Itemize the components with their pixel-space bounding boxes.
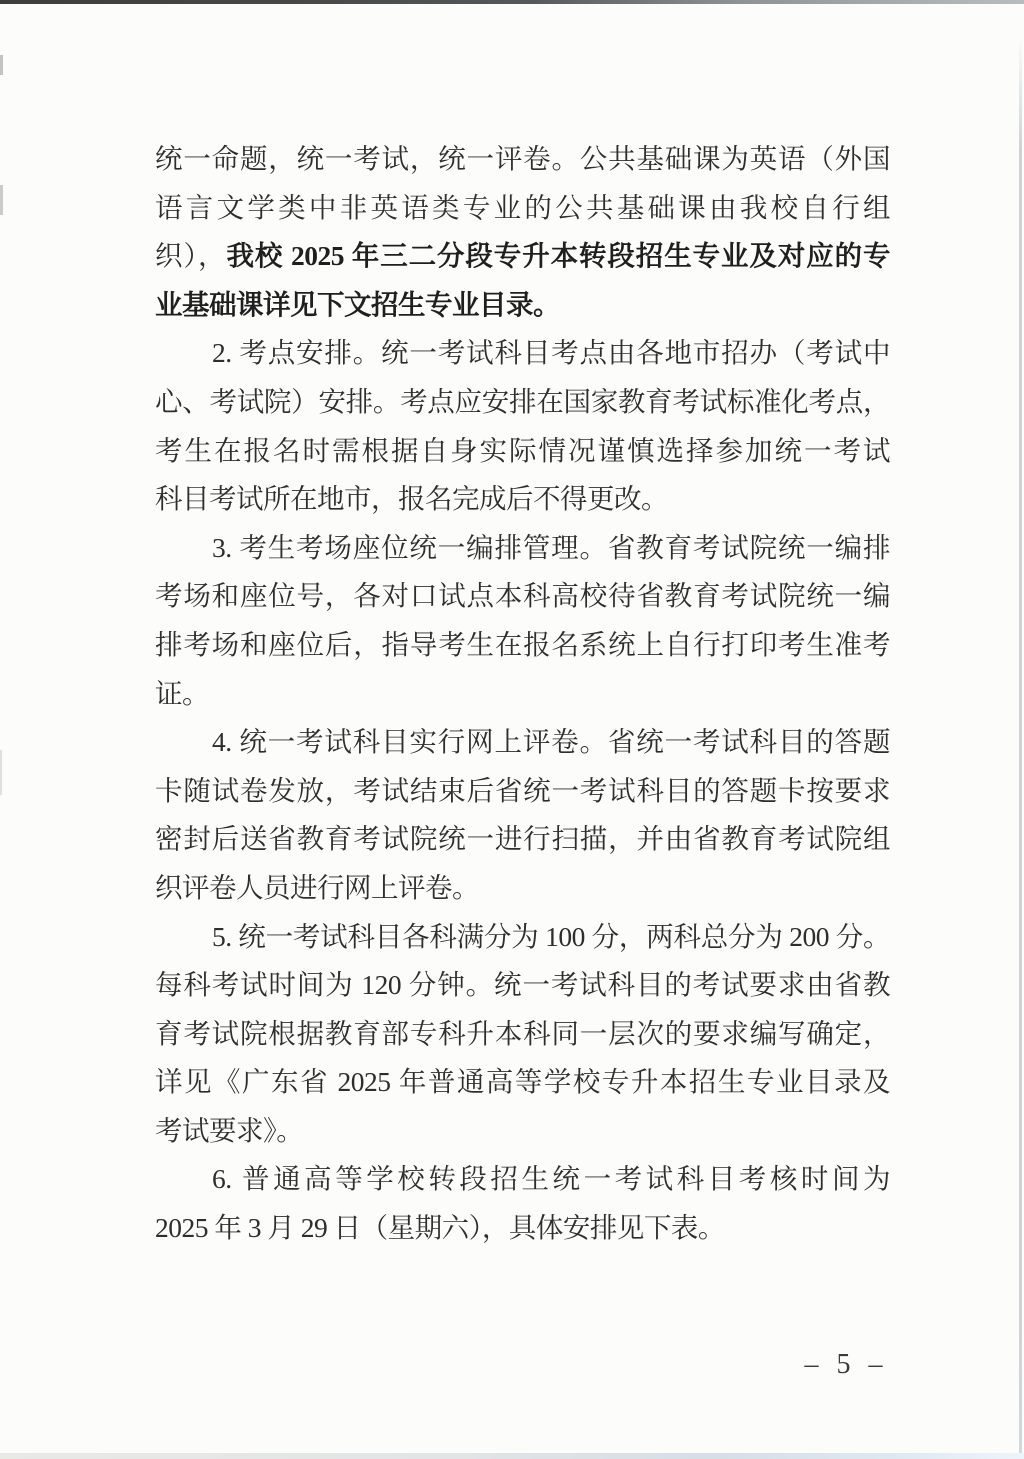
text-segment: 详见《广东省 2025 年普通高等学校专升本招生专业目录及 bbox=[155, 1066, 890, 1097]
text-line: 织），我校 2025 年三二分段专升本转段招生专业及对应的专 bbox=[155, 232, 890, 281]
text-segment: 6. 普通高等学校转段招生统一考试科目考核时间为 bbox=[212, 1163, 890, 1194]
text-line: 考生在报名时需根据自身实际情况谨慎选择参加统一考试 bbox=[155, 427, 890, 476]
text-line: 考场和座位号，各对口试点本科高校待省教育考试院统一编 bbox=[155, 572, 890, 621]
text-segment: 5. 统一考试科目各科满分为 100 分，两科总分为 200 分。 bbox=[212, 921, 890, 952]
scan-artifact-left-mark bbox=[0, 185, 3, 215]
text-line: 考试要求》。 bbox=[155, 1107, 890, 1156]
text-segment: 育考试院根据教育部专科升本科同一层次的要求编写确定， bbox=[155, 1018, 890, 1049]
text-segment: 考试要求》。 bbox=[155, 1115, 303, 1146]
text-line: 语言文学类中非英语类专业的公共基础课由我校自行组 bbox=[155, 184, 890, 233]
scan-artifact-left-mark bbox=[0, 55, 3, 75]
scan-artifact-bottom-edge bbox=[0, 1453, 1024, 1459]
paragraph: 2. 考点安排。统一考试科目考点由各地市招办（考试中心、考试院）安排。考点应安排… bbox=[155, 329, 890, 523]
text-line: 3. 考生考场座位统一编排管理。省教育考试院统一编排 bbox=[155, 524, 890, 573]
paragraph: 3. 考生考场座位统一编排管理。省教育考试院统一编排考场和座位号，各对口试点本科… bbox=[155, 524, 890, 718]
paragraph: 6. 普通高等学校转段招生统一考试科目考核时间为2025 年 3 月 29 日（… bbox=[155, 1155, 890, 1252]
text-line: 卡随试卷发放，考试结束后省统一考试科目的答题卡按要求 bbox=[155, 767, 890, 816]
paragraph: 5. 统一考试科目各科满分为 100 分，两科总分为 200 分。每科考试时间为… bbox=[155, 913, 890, 1156]
text-segment: 心、考试院）安排。考点应安排在国家教育考试标准化考点， bbox=[155, 386, 890, 417]
text-segment: 织评卷人员进行网上评卷。 bbox=[155, 872, 479, 903]
text-segment: 统一命题，统一考试，统一评卷。公共基础课为英语（外国 bbox=[155, 143, 890, 174]
text-line: 详见《广东省 2025 年普通高等学校专升本招生专业目录及 bbox=[155, 1058, 890, 1107]
text-segment: 每科考试时间为 120 分钟。统一考试科目的考试要求由省教 bbox=[155, 969, 890, 1000]
text-segment: 考生在报名时需根据自身实际情况谨慎选择参加统一考试 bbox=[155, 435, 890, 466]
document-body: 统一命题，统一考试，统一评卷。公共基础课为英语（外国语言文学类中非英语类专业的公… bbox=[155, 135, 890, 1253]
paragraph: 统一命题，统一考试，统一评卷。公共基础课为英语（外国语言文学类中非英语类专业的公… bbox=[155, 135, 890, 329]
text-segment: 语言文学类中非英语类专业的公共基础课由我校自行组 bbox=[155, 192, 890, 223]
text-line: 科目考试所在地市，报名完成后不得更改。 bbox=[155, 475, 890, 524]
bold-text-segment: 我校 2025 年三二分段专升本转段招生专业及对应的专 bbox=[226, 240, 890, 271]
text-segment: 科目考试所在地市，报名完成后不得更改。 bbox=[155, 483, 668, 514]
scanned-document-page: 统一命题，统一考试，统一评卷。公共基础课为英语（外国语言文学类中非英语类专业的公… bbox=[0, 0, 1024, 1459]
text-line: 密封后送省教育考试院统一进行扫描，并由省教育考试院组 bbox=[155, 815, 890, 864]
page-number: – 5 – bbox=[788, 1349, 900, 1381]
text-line: 6. 普通高等学校转段招生统一考试科目考核时间为 bbox=[155, 1155, 890, 1204]
paragraph: 4. 统一考试科目实行网上评卷。省统一考试科目的答题卡随试卷发放，考试结束后省统… bbox=[155, 718, 890, 912]
text-segment: 2. 考点安排。统一考试科目考点由各地市招办（考试中 bbox=[212, 337, 890, 368]
text-line: 5. 统一考试科目各科满分为 100 分，两科总分为 200 分。 bbox=[155, 913, 890, 962]
text-line: 心、考试院）安排。考点应安排在国家教育考试标准化考点， bbox=[155, 378, 890, 427]
text-line: 排考场和座位后，指导考生在报名系统上自行打印考生准考 bbox=[155, 621, 890, 670]
scan-artifact-right-edge bbox=[1019, 36, 1022, 1459]
text-line: 育考试院根据教育部专科升本科同一层次的要求编写确定， bbox=[155, 1010, 890, 1059]
scan-artifact-left-mark bbox=[0, 750, 2, 795]
text-segment: 3. 考生考场座位统一编排管理。省教育考试院统一编排 bbox=[212, 532, 890, 563]
text-segment: 4. 统一考试科目实行网上评卷。省统一考试科目的答题 bbox=[212, 726, 890, 757]
text-segment: 织）， bbox=[155, 240, 226, 271]
text-line: 证。 bbox=[155, 670, 890, 719]
text-line: 业基础课详见下文招生专业目录。 bbox=[155, 281, 890, 330]
text-line: 4. 统一考试科目实行网上评卷。省统一考试科目的答题 bbox=[155, 718, 890, 767]
text-line: 2025 年 3 月 29 日（星期六），具体安排见下表。 bbox=[155, 1204, 890, 1253]
text-segment: 密封后送省教育考试院统一进行扫描，并由省教育考试院组 bbox=[155, 823, 890, 854]
text-line: 统一命题，统一考试，统一评卷。公共基础课为英语（外国 bbox=[155, 135, 890, 184]
bold-text-segment: 业基础课详见下文招生专业目录。 bbox=[155, 289, 560, 320]
scan-artifact-top-edge bbox=[0, 0, 1024, 4]
text-line: 2. 考点安排。统一考试科目考点由各地市招办（考试中 bbox=[155, 329, 890, 378]
text-line: 织评卷人员进行网上评卷。 bbox=[155, 864, 890, 913]
text-segment: 证。 bbox=[155, 678, 209, 709]
text-segment: 2025 年 3 月 29 日（星期六），具体安排见下表。 bbox=[155, 1212, 725, 1243]
text-segment: 考场和座位号，各对口试点本科高校待省教育考试院统一编 bbox=[155, 580, 890, 611]
text-line: 每科考试时间为 120 分钟。统一考试科目的考试要求由省教 bbox=[155, 961, 890, 1010]
text-segment: 排考场和座位后，指导考生在报名系统上自行打印考生准考 bbox=[155, 629, 890, 660]
text-segment: 卡随试卷发放，考试结束后省统一考试科目的答题卡按要求 bbox=[155, 775, 890, 806]
